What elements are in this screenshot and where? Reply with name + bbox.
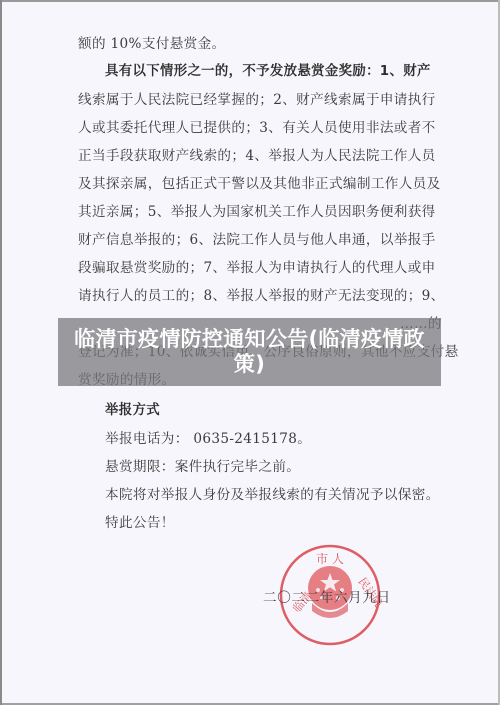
confidentiality-statement: 本院将对举报人身份及举报线索的有关情况予以保密。	[105, 486, 440, 504]
document-date: 二〇二二年六月九日	[263, 586, 391, 606]
text-line: 及其探亲属，包括正式干警以及其他非正式编制工作人员及	[78, 175, 441, 193]
report-method-heading: 举报方式	[105, 402, 160, 420]
reward-deadline: 悬赏期限：案件执行完毕之前。	[105, 458, 300, 476]
text-line: 线索属于人民法院已经掌握的；2、财产线索属于申请执行	[78, 91, 436, 109]
closing-statement: 特此公告！	[105, 514, 175, 532]
overlay-title: 临清市疫情防控通知公告(临清疫情政策)	[58, 327, 441, 377]
text-line: 额的 10%支付悬赏金。	[78, 35, 226, 53]
text-line: 财产信息举报的；6、法院工作人员与他人串通，以举报手	[78, 231, 436, 249]
svg-text:市 人: 市 人	[316, 552, 344, 566]
text-line: 段骗取悬赏奖励的；7、举报人为申请执行人的代理人或申	[78, 259, 436, 277]
text-line: 人或其委托代理人已提供的；3、有关人员使用非法或者不	[78, 119, 436, 137]
report-phone: 举报电话为： 0635-2415178。	[105, 430, 311, 448]
text-line: 其近亲属；5、举报人为国家机关工作人员因职务便利获得	[78, 203, 436, 221]
title-overlay-banner: 临清市疫情防控通知公告(临清疫情政策)	[58, 318, 441, 386]
exclusion-heading-line: 具有以下情形之一的，不予发放悬赏金奖励：1、财产	[105, 63, 431, 81]
text-line: 正当手段获取财产线索的；4、举报人为人民法院工作人员	[78, 147, 436, 165]
text-line: 请执行人的员工的；8、举报人举报的财产无法变现的；9、	[78, 287, 445, 305]
